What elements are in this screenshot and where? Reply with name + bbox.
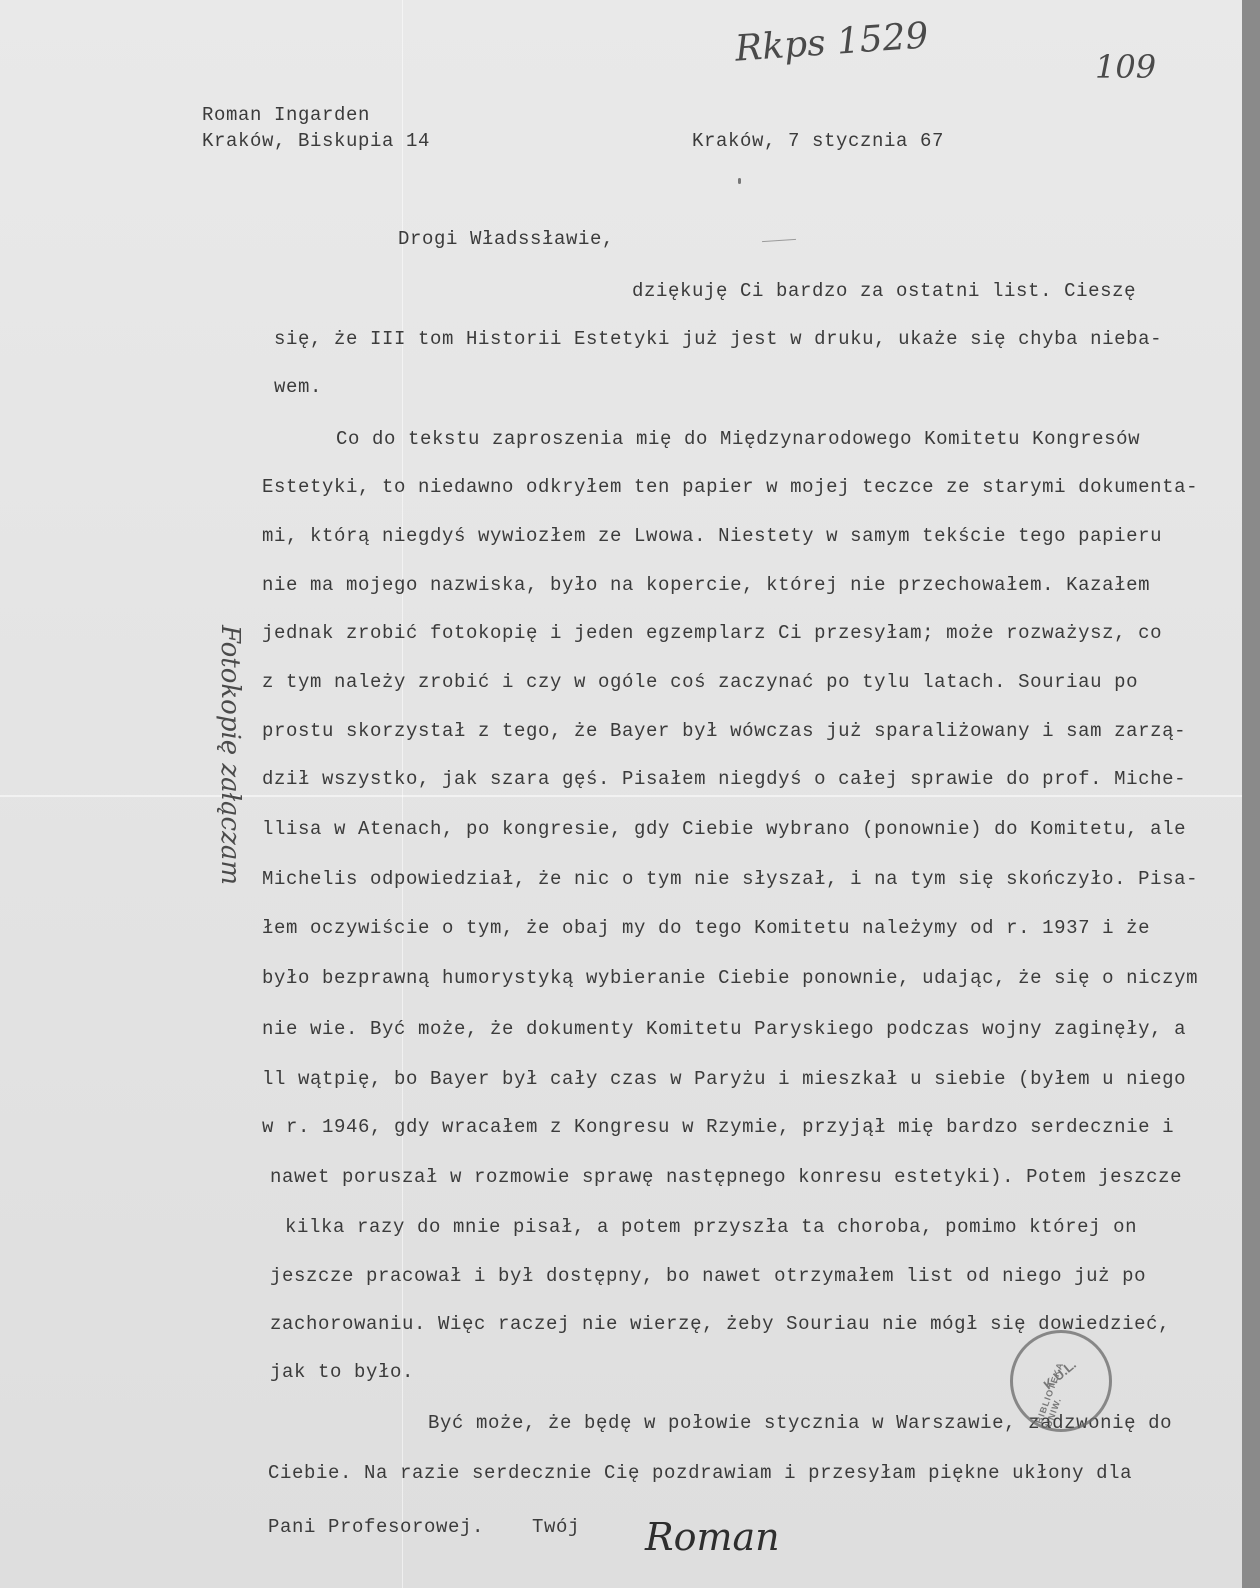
body-line: jak to było. bbox=[270, 1361, 414, 1383]
body-line: w r. 1946, gdy wracałem z Kongresu w Rzy… bbox=[262, 1116, 1174, 1138]
salutation: Drogi Władssławie, bbox=[398, 228, 614, 250]
body-line: łem oczywiście o tym, że obaj my do tego… bbox=[262, 917, 1150, 939]
body-line: Michelis odpowiedział, że nic o tym nie … bbox=[262, 868, 1198, 890]
body-line: z tym należy zrobić i czy w ogóle coś za… bbox=[262, 671, 1138, 693]
body-line: prostu skorzystał z tego, że Bayer był w… bbox=[262, 720, 1186, 742]
body-line: jednak zrobić fotokopię i jeden egzempla… bbox=[262, 622, 1162, 644]
body-line: llisa w Atenach, po kongresie, gdy Ciebi… bbox=[262, 818, 1186, 840]
library-stamp: BIBLIOTEKA UNIW. K.U.L. bbox=[1010, 1330, 1112, 1432]
body-line: dziękuję Ci bardzo za ostatni list. Cies… bbox=[632, 280, 1136, 302]
body-line: nie ma mojego nazwiska, było na kopercie… bbox=[262, 574, 1150, 596]
margin-note: Fotokopię załączam bbox=[215, 585, 245, 925]
paper-mark bbox=[738, 178, 741, 184]
body-line: zachorowaniu. Więc raczej nie wierzę, że… bbox=[270, 1313, 1170, 1335]
body-line: Co do tekstu zaproszenia mię do Międzyna… bbox=[336, 428, 1140, 450]
page-number: 109 bbox=[1095, 48, 1156, 86]
body-line: dził wszystko, jak szara gęś. Pisałem ni… bbox=[262, 768, 1186, 790]
body-line: było bezprawną humorystyką wybieranie Ci… bbox=[262, 967, 1198, 989]
body-line: ll wątpię, bo Bayer był cały czas w Pary… bbox=[262, 1068, 1186, 1090]
body-line: Estetyki, to niedawno odkryłem ten papie… bbox=[262, 476, 1198, 498]
sender-name: Roman Ingarden bbox=[202, 104, 370, 126]
letter-page: Rkps 1529 109 Roman Ingarden Kraków, Bis… bbox=[0, 0, 1242, 1588]
body-line: wem. bbox=[274, 376, 322, 398]
place-date: Kraków, 7 stycznia 67 bbox=[692, 130, 944, 152]
body-line: Ciebie. Na razie serdecznie Cię pozdrawi… bbox=[268, 1462, 1132, 1484]
body-line: nie wie. Być może, że dokumenty Komitetu… bbox=[262, 1018, 1186, 1040]
body-line: mi, którą niegdyś wywiozłem ze Lwowa. Ni… bbox=[262, 525, 1162, 547]
archive-mark: Rkps 1529 bbox=[734, 15, 930, 69]
closing-line: Pani Profesorowej. Twój bbox=[268, 1516, 580, 1538]
body-line: kilka razy do mnie pisał, a potem przysz… bbox=[285, 1216, 1137, 1238]
signature: Roman bbox=[645, 1515, 780, 1559]
body-line: jeszcze pracował i był dostępny, bo nawe… bbox=[270, 1265, 1146, 1287]
body-line: się, że III tom Historii Estetyki już je… bbox=[274, 328, 1162, 350]
sender-address: Kraków, Biskupia 14 bbox=[202, 130, 430, 152]
body-line: nawet poruszał w rozmowie sprawę następn… bbox=[270, 1166, 1182, 1188]
fold-line-horizontal bbox=[0, 795, 1242, 797]
pencil-mark bbox=[762, 239, 796, 242]
